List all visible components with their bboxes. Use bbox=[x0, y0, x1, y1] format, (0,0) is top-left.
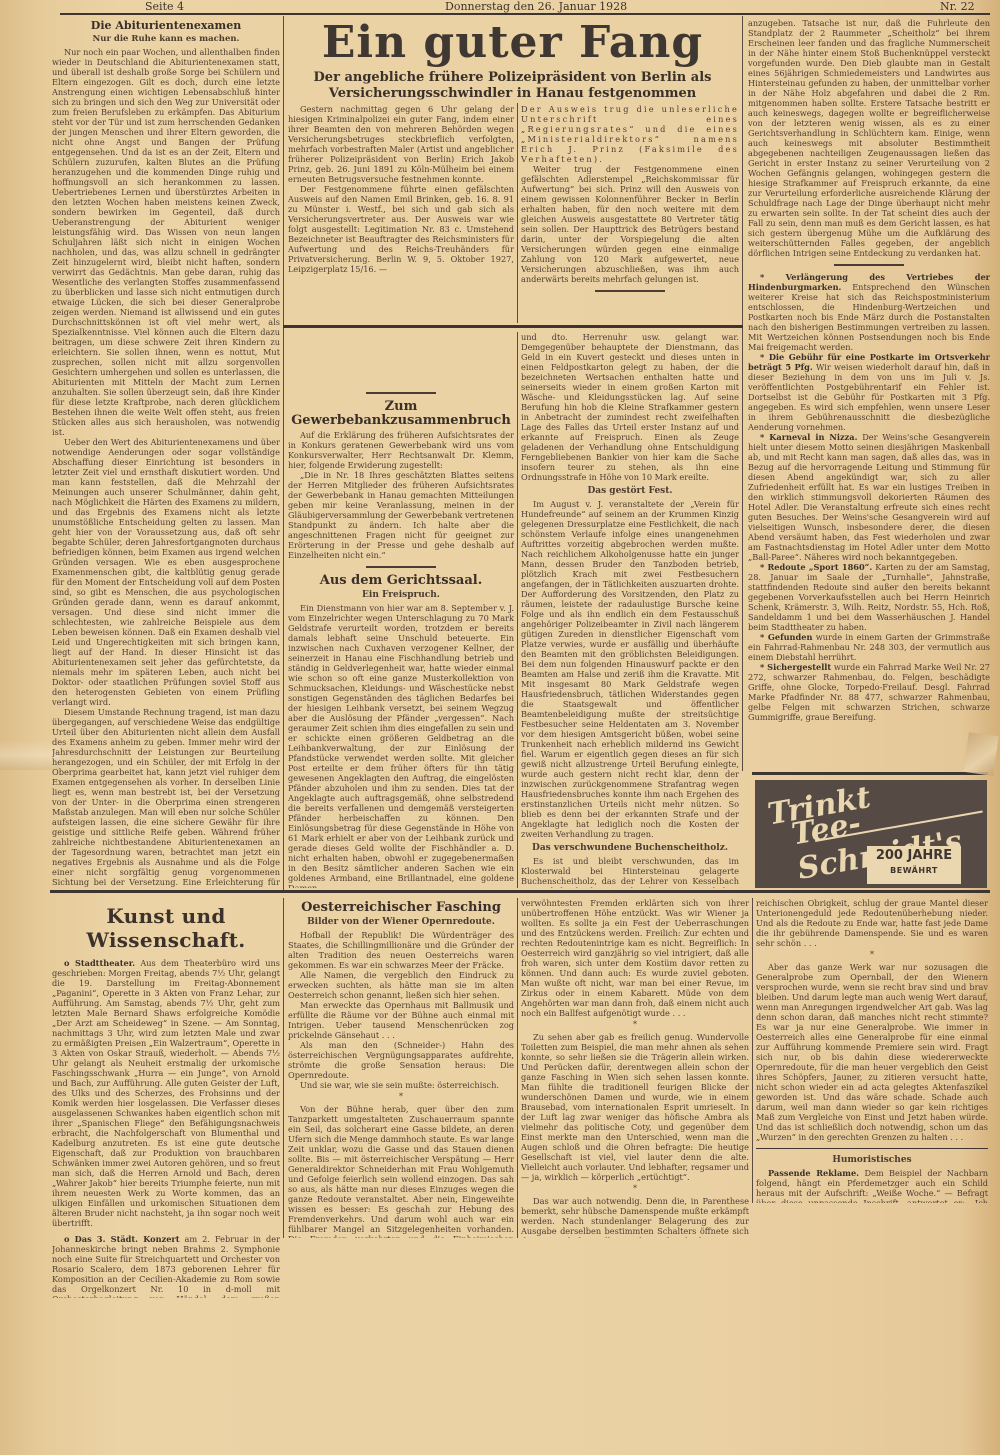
paragraph: „Die in Nr. 18 Ihres geschätzten Blattes… bbox=[288, 470, 514, 560]
paragraph: Aber das ganze Werk war nur sozusagen di… bbox=[756, 962, 988, 1142]
paragraph: Der Festgenommene führte einen gefälscht… bbox=[288, 184, 514, 274]
column-divider bbox=[742, 16, 743, 771]
issue-number: Nr. 22 bbox=[940, 0, 975, 13]
paragraph: Und sie war, wie sie sein mußte: österre… bbox=[288, 1080, 514, 1090]
paragraph: verwöhntesten Fremden erklärten sich von… bbox=[521, 898, 749, 1018]
main-subheadline: Der angebliche frühere Polizeipräsident … bbox=[285, 70, 740, 102]
notice: * Karneval in Nizza. Der Weins'sche Gesa… bbox=[748, 432, 990, 562]
column-divider bbox=[517, 103, 518, 323]
article-title: Zum Gewerbebankzusammenbruch bbox=[288, 400, 514, 428]
paragraph: Als man den (Schneider-) Hahn des österr… bbox=[288, 1040, 514, 1080]
main-headline: Ein guter Fang bbox=[285, 18, 740, 68]
article-local-notices: anzugeben. Tatsache ist nur, daß die Fuh… bbox=[748, 18, 990, 770]
article-subtitle: Ein Freispruch. bbox=[288, 590, 514, 601]
divider bbox=[366, 392, 436, 394]
paragraph: Es ist und bleibt verschwunden, das im K… bbox=[521, 856, 739, 888]
paragraph: Im August v. J. veranstaltete der „Verei… bbox=[521, 499, 739, 839]
advertisement-tee-schmidt: Trinkt Tee-Schmidt's 200 JAHRE BEWÄHRT bbox=[755, 780, 987, 888]
paragraph: Nur noch ein paar Wochen, und allenthalb… bbox=[52, 47, 280, 437]
paper-tear bbox=[963, 732, 998, 776]
section-rule bbox=[283, 325, 743, 328]
ad-badge-proven: BEWÄHRT bbox=[867, 866, 961, 876]
paragraph: Gestern nachmittag gegen 6 Uhr gelang de… bbox=[288, 104, 514, 184]
paragraph: Hofball der Republik! Die Würdenträger d… bbox=[288, 930, 514, 970]
ad-badge-years: 200 JAHRE bbox=[867, 846, 961, 866]
section-title: Kunst und Wissenschaft. bbox=[52, 904, 280, 952]
separator-star: * bbox=[521, 1184, 749, 1194]
section-title: Humoristisches bbox=[756, 1155, 988, 1166]
paragraph: Weiter trug der Festgenommene einen gefä… bbox=[521, 164, 739, 284]
article-title: Das verschwundene Buchenscheitholz. bbox=[521, 843, 739, 854]
paragraph: Von der Bühne herab, quer über den zum T… bbox=[288, 1104, 514, 1238]
column-divider bbox=[517, 898, 518, 1238]
paper-fold bbox=[0, 740, 60, 770]
column-divider bbox=[752, 898, 753, 1203]
issue-date: Donnerstag den 26. Januar 1928 bbox=[445, 0, 627, 13]
page-number: Seite 4 bbox=[145, 0, 184, 13]
paragraph: Zu sehen aber gab es freilich genug. Wun… bbox=[521, 1032, 749, 1182]
notice: * Redoute „Sport 1860“. Karten zu der am… bbox=[748, 562, 990, 632]
masthead-rule bbox=[60, 13, 990, 15]
article-title: Aus dem Gerichtssaal. bbox=[288, 574, 514, 588]
paragraph: reichischen Obrigkeit, schlug der graue … bbox=[756, 898, 988, 948]
section-rule bbox=[50, 890, 990, 893]
paragraph: Man erweckte das Opernhaus mit Ballmusik… bbox=[288, 1000, 514, 1040]
section-kunst: Kunst und Wissenschaft. o Stadttheater. … bbox=[52, 898, 280, 1298]
separator-star: * bbox=[288, 1092, 514, 1102]
notice: * Verlängerung des Vertriebes der Hinden… bbox=[748, 272, 990, 352]
ad-badge: 200 JAHRE BEWÄHRT bbox=[867, 846, 961, 884]
article-fang-col2: Der Ausweis trug die unleserliche Unters… bbox=[521, 104, 739, 324]
headline-block: Ein guter Fang Der angebliche frühere Po… bbox=[285, 18, 740, 102]
divider bbox=[366, 566, 436, 568]
article-subtitle: Bilder von der Wiener Opernredoute. bbox=[288, 917, 514, 928]
article-fasching-col2: verwöhntesten Fremden erklärten sich von… bbox=[521, 898, 749, 1238]
paragraph: Ein Dienstmann von hier war am 8. Septem… bbox=[288, 603, 514, 888]
notice: * Sichergestellt wurde ein Fahrrad Marke… bbox=[748, 662, 990, 722]
paragraph: Das war auch notwendig. Denn die, in Par… bbox=[521, 1196, 749, 1238]
paragraph: Diesem Umstande Rechnung tragend, ist ma… bbox=[52, 707, 280, 888]
separator-star: * bbox=[521, 1020, 749, 1030]
paragraph: Ueber den Wert des Abiturientenexamens u… bbox=[52, 437, 280, 707]
article-title: Das gestört Fest. bbox=[521, 486, 739, 497]
divider bbox=[756, 1148, 988, 1149]
article-abitur: Die Abiturientenexamen Nur die Ruhe kann… bbox=[52, 18, 280, 888]
paragraph: Alle Namen, die vergeblich den Eindruck … bbox=[288, 970, 514, 1000]
column-divider bbox=[517, 332, 518, 888]
article-fang-col1: Gestern nachmittag gegen 6 Uhr gelang de… bbox=[288, 104, 514, 324]
joke: Passende Reklame. Dem Beispiel der Nachb… bbox=[756, 1168, 988, 1203]
ad-rule bbox=[752, 772, 988, 775]
column-divider bbox=[283, 16, 284, 893]
end-rule bbox=[834, 264, 904, 266]
item: o Stadttheater. Aus dem Theaterbüro wird… bbox=[52, 958, 280, 1228]
paragraph: anzugeben. Tatsache ist nur, daß die Fuh… bbox=[748, 18, 990, 258]
article-title: Oesterreichischer Fasching bbox=[288, 900, 514, 915]
notice: * Die Gebühr für eine Postkarte im Ortsv… bbox=[748, 352, 990, 432]
end-rule bbox=[595, 290, 665, 292]
notice: * Gefunden wurde in einem Garten der Gri… bbox=[748, 632, 990, 662]
article-title: Die Abiturientenexamen bbox=[52, 20, 280, 32]
article-gewerbebank: Zum Gewerbebankzusammenbruch Auf die Erk… bbox=[288, 332, 514, 888]
column-divider bbox=[283, 898, 284, 1238]
article-fasching-col1: Oesterreichischer Fasching Bilder von de… bbox=[288, 898, 514, 1238]
separator-star: * bbox=[756, 950, 988, 960]
masthead: Seite 4 Donnerstag den 26. Januar 1928 N… bbox=[90, 0, 995, 14]
article-fasching-col3: reichischen Obrigkeit, schlug der graue … bbox=[756, 898, 988, 1203]
paragraph: Der Ausweis trug die unleserliche Unters… bbox=[521, 104, 739, 164]
paragraph: und dto. Herrenuhr usw. gelangt war. Dem… bbox=[521, 332, 739, 482]
article-fest: und dto. Herrenuhr usw. gelangt war. Dem… bbox=[521, 332, 739, 888]
article-subtitle: Nur die Ruhe kann es machen. bbox=[52, 34, 280, 45]
paragraph: Auf die Erklärung des früheren Aufsichts… bbox=[288, 430, 514, 470]
item: o Das 3. Städt. Konzert am 2. Februar in… bbox=[52, 1234, 280, 1298]
